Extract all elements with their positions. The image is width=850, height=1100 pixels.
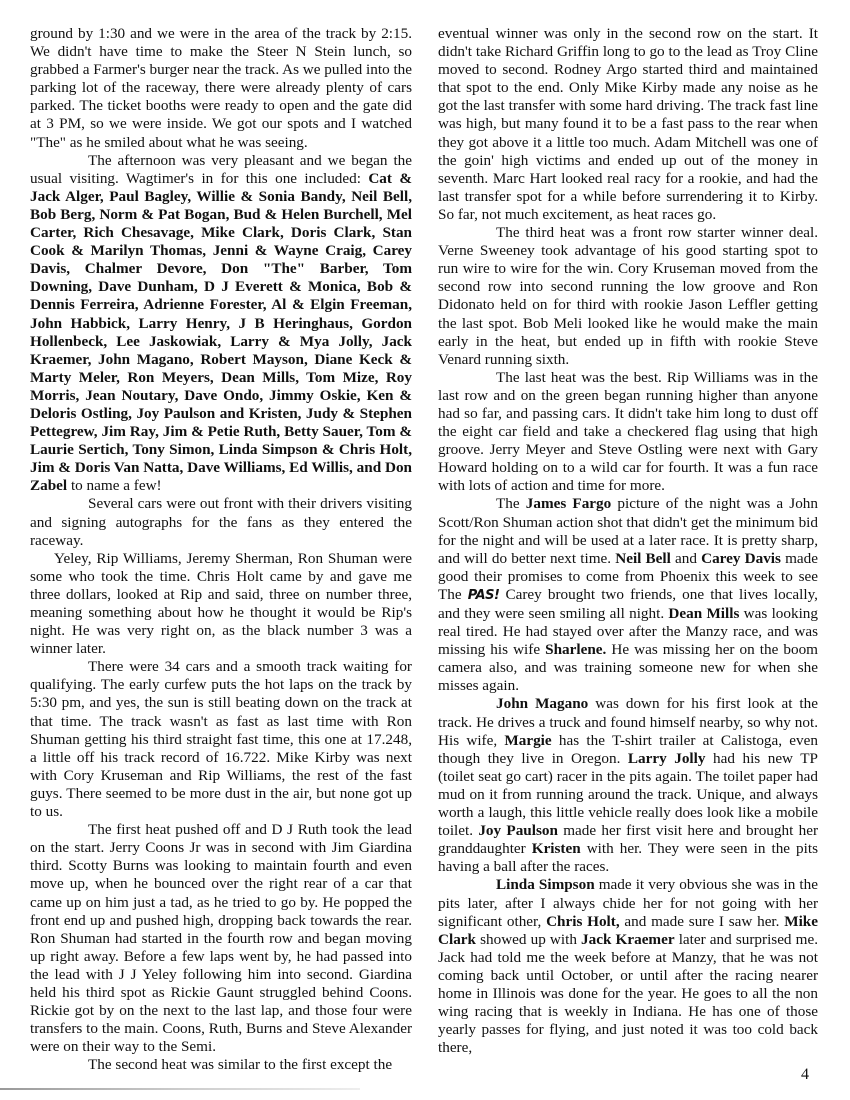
left-column: ground by 1:30 and we were in the area o… [30,25,412,1074]
paragraph: The James Fargo picture of the night was… [438,495,818,695]
paragraph: The first heat pushed off and D J Ruth t… [30,821,412,1056]
page-number: 4 [801,1066,809,1084]
paragraph: The second heat was similar to the first… [30,1056,412,1074]
visitor-names: Cat & Jack Alger, Paul Bagley, Willie & … [30,170,412,495]
paragraph-visitors: The afternoon was very pleasant and we b… [30,152,412,496]
footer-rule [0,1088,360,1090]
paragraph: There were 34 cars and a smooth track wa… [30,658,412,821]
paragraph: Linda Simpson made it very obvious she w… [438,876,818,1057]
paragraph: The third heat was a front row starter w… [438,224,818,369]
paragraph: eventual winner was only in the second r… [438,25,818,224]
paragraph: ground by 1:30 and we were in the area o… [30,25,412,152]
paragraph: Yeley, Rip Williams, Jeremy Sherman, Ron… [30,550,412,659]
paragraph: John Magano was down for his first look … [438,695,818,876]
pas-logo: PAS! [468,588,500,603]
paragraph: Several cars were out front with their d… [30,495,412,549]
right-column: eventual winner was only in the second r… [438,25,818,1057]
paragraph: The last heat was the best. Rip Williams… [438,369,818,496]
